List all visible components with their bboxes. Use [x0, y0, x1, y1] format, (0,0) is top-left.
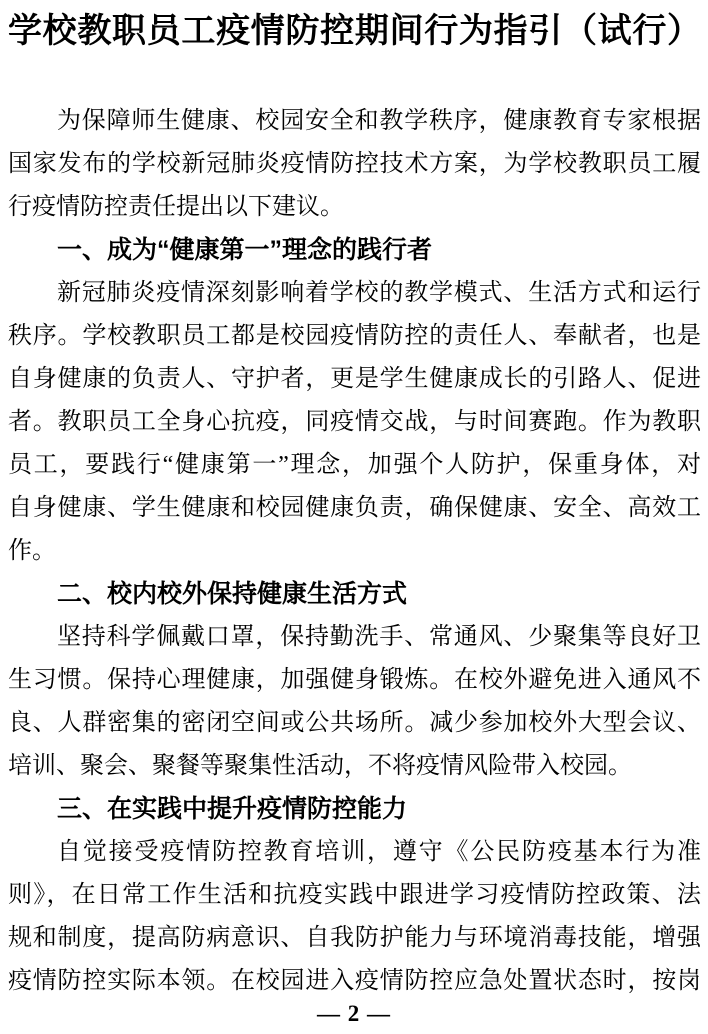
section-3-line: 自觉接受疫情防控教育培训，遵守《公民防疫基本行为准 [8, 831, 701, 874]
intro-line: 行疫情防控责任提出以下建议。 [8, 186, 701, 229]
section-2-line: 良、人群密集的密闭空间或公共场所。减少参加校外大型会议、 [8, 702, 701, 745]
section-3-line: 则》，在日常工作生活和抗疫实践中跟进学习疫情防控政策、法 [8, 874, 701, 917]
section-1-line: 自身健康的负责人、守护者，更是学生健康成长的引路人、促进 [8, 358, 701, 401]
section-1-line: 者。教职员工全身心抗疫，同疫情交战，与时间赛跑。作为教职 [8, 401, 701, 444]
section-2-line: 坚持科学佩戴口罩，保持勤洗手、常通风、少聚集等良好卫 [8, 616, 701, 659]
section-3-line: 规和制度，提高防病意识、自我防护能力与环境消毒技能，增强 [8, 917, 701, 960]
section-1-line: 作。 [8, 530, 701, 573]
section-2-heading: 二、校内校外保持健康生活方式 [8, 573, 701, 616]
section-1-line: 自身健康、学生健康和校园健康负责，确保健康、安全、高效工 [8, 487, 701, 530]
intro-line: 国家发布的学校新冠肺炎疫情防控技术方案，为学校教职员工履 [8, 143, 701, 186]
section-2-line: 生习惯。保持心理健康，加强健身锻炼。在校外避免进入通风不 [8, 659, 701, 702]
section-1-line: 新冠肺炎疫情深刻影响着学校的教学模式、生活方式和运行 [8, 272, 701, 315]
document-page: 学校教职员工疫情防控期间行为指引（试行） 为保障师生健康、校园安全和教学秩序，健… [0, 0, 708, 1034]
section-1-line: 员工，要践行“健康第一”理念，加强个人防护，保重身体，对 [8, 444, 701, 487]
section-1-line: 秩序。学校教职员工都是校园疫情防控的责任人、奉献者，也是 [8, 315, 701, 358]
section-3-line: 疫情防控实际本领。在校园进入疫情防控应急处置状态时，按岗 [8, 960, 701, 1003]
section-1-heading: 一、成为“健康第一”理念的践行者 [8, 229, 701, 272]
intro-line: 为保障师生健康、校园安全和教学秩序，健康教育专家根据 [8, 100, 701, 143]
document-title: 学校教职员工疫情防控期间行为指引（试行） [8, 8, 701, 56]
section-2-line: 培训、聚会、聚餐等聚集性活动，不将疫情风险带入校园。 [8, 745, 701, 788]
page-number: — 2 — [0, 1001, 708, 1027]
section-3-heading: 三、在实践中提升疫情防控能力 [8, 788, 701, 831]
